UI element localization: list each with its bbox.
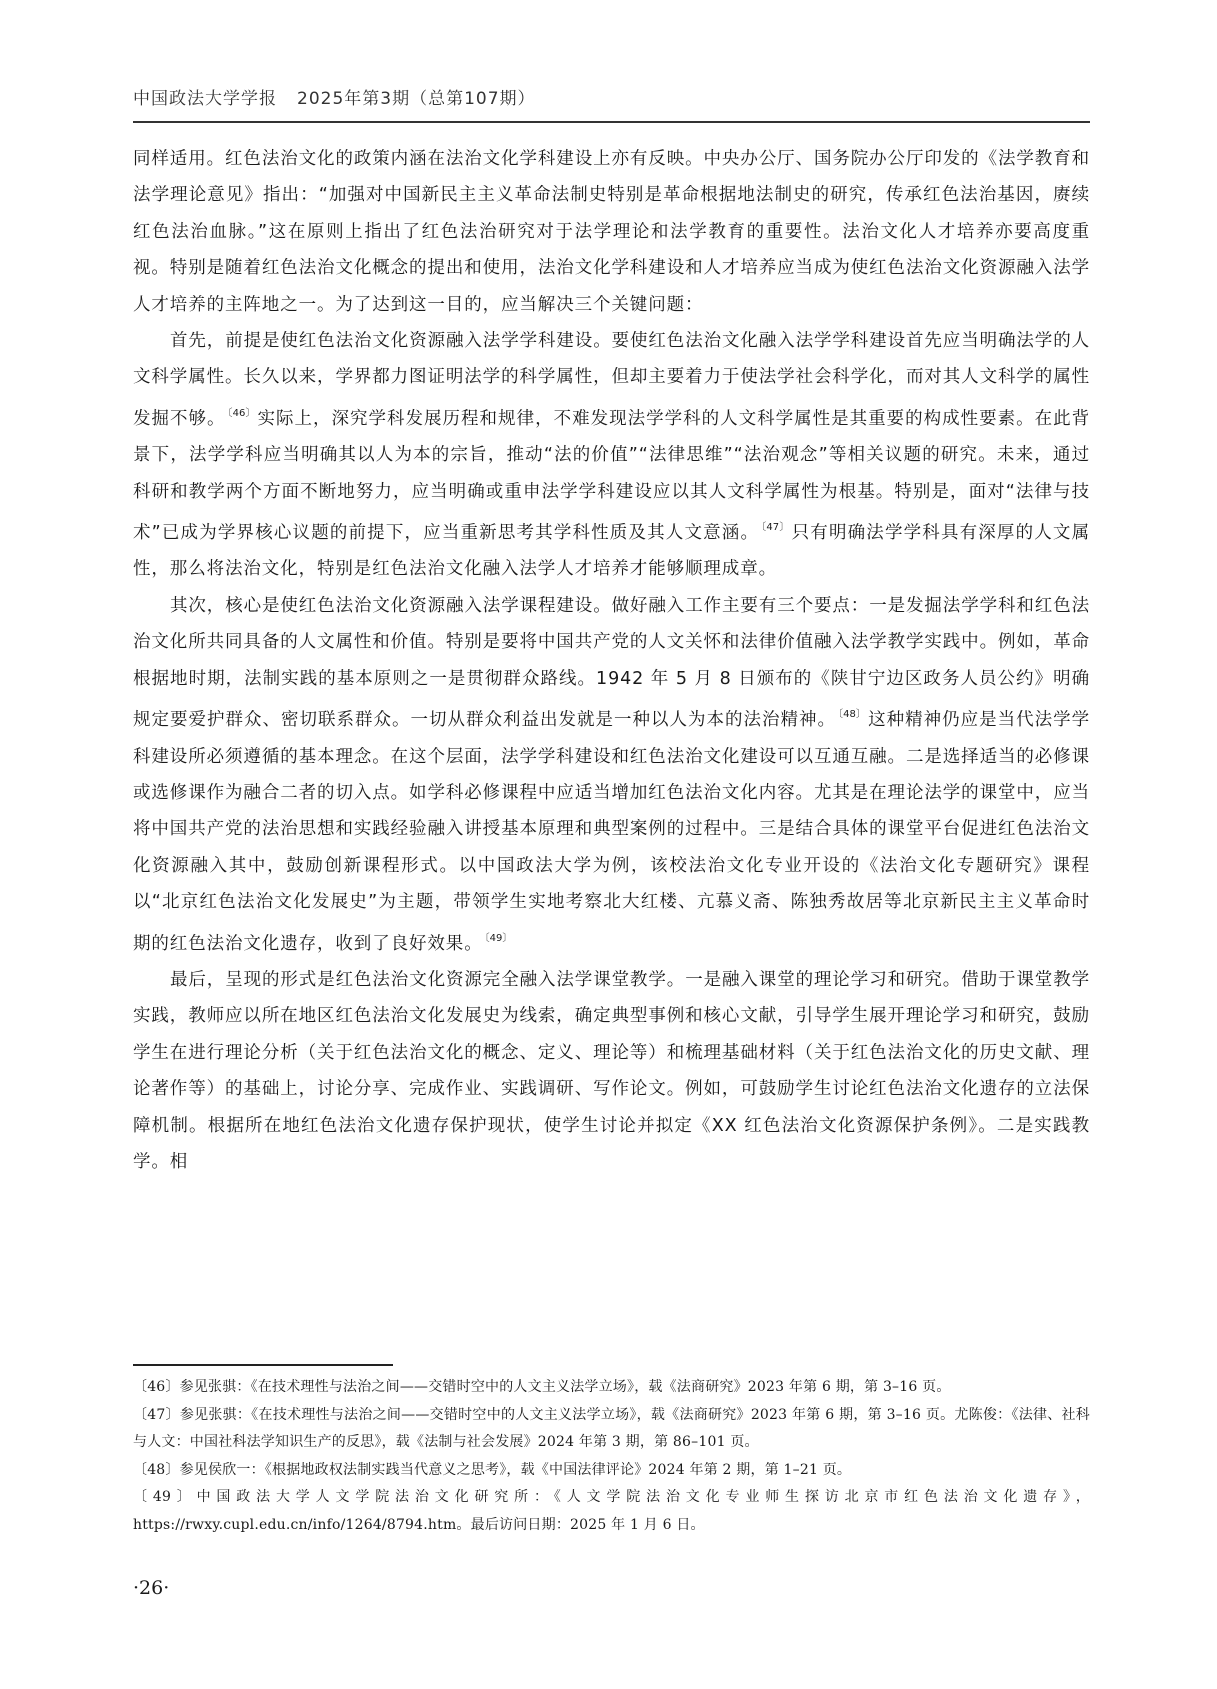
paragraph: 首先，前提是使红色法治文化资源融入法学学科建设。要使红色法治文化融入法学学科建设… [133, 323, 1090, 588]
footnote-marker[interactable]: 〔49〕 [485, 933, 513, 944]
footnote: 〔46〕参见张骐：《在技术理性与法治之间——交错时空中的人文主义法学立场》，载《… [133, 1374, 1090, 1402]
paragraph: 同样适用。红色法治文化的政策内涵在法治文化学科建设上亦有反映。中央办公厅、国务院… [133, 141, 1090, 323]
footnote-marker[interactable]: 〔46〕 [228, 408, 256, 419]
header-rule [133, 121, 1090, 123]
footnote: 〔49〕中国政法大学人文学院法治文化研究所：《人文学院法治文化专业师生探访北京市… [133, 1484, 1090, 1539]
footnote-marker[interactable]: 〔47〕 [761, 522, 790, 533]
running-header: 中国政法大学学报2025年第3期（总第107期） [133, 84, 536, 109]
footnote-marker[interactable]: 〔48〕 [838, 709, 866, 720]
page-number: ·26· [133, 1577, 169, 1599]
footnote: 〔48〕参见侯欣一：《根据地政权法制实践当代意义之思考》，载《中国法律评论》20… [133, 1457, 1090, 1485]
paragraph-text: 这种精神仍应是当代法学学科建设所必须遵循的基本理念。在这个层面，法学学科建设和红… [133, 710, 1090, 953]
paragraph: 其次，核心是使红色法治文化资源融入法学课程建设。做好融入工作主要有三个要点：一是… [133, 588, 1090, 962]
body-text: 同样适用。红色法治文化的政策内涵在法治文化学科建设上亦有反映。中央办公厅、国务院… [133, 141, 1090, 1180]
footnote: 〔47〕参见张骐：《在技术理性与法治之间——交错时空中的人文主义法学立场》，载《… [133, 1402, 1090, 1457]
paragraph: 最后，呈现的形式是红色法治文化资源完全融入法学课堂教学。一是融入课堂的理论学习和… [133, 962, 1090, 1180]
issue-info: 2025年第3期（总第107期） [297, 89, 536, 109]
paragraph-text: 最后，呈现的形式是红色法治文化资源完全融入法学课堂教学。一是融入课堂的理论学习和… [133, 970, 1090, 1172]
footnotes: 〔46〕参见张骐：《在技术理性与法治之间——交错时空中的人文主义法学立场》，载《… [133, 1374, 1090, 1539]
footnote-rule [133, 1364, 393, 1366]
journal-name: 中国政法大学学报 [133, 89, 277, 109]
paragraph-text: 同样适用。红色法治文化的政策内涵在法治文化学科建设上亦有反映。中央办公厅、国务院… [133, 149, 1090, 315]
